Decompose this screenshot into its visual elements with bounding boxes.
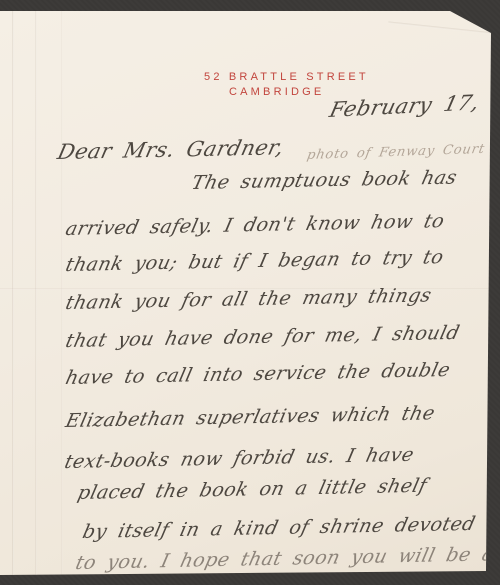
handwriting-line: The sumptuous book has xyxy=(189,166,459,194)
handwriting-line: arrived safely. I don't know how to xyxy=(63,210,446,240)
page-edge-crease xyxy=(12,11,14,576)
handwriting-line: have to call into service the double xyxy=(63,359,452,389)
corner-fold-crease xyxy=(388,21,496,34)
page-edge-crease xyxy=(35,11,37,576)
handwriting-line: to you. I hope that soon you will be abl… xyxy=(73,543,500,574)
salutation: Dear Mrs. Gardner, xyxy=(55,135,286,164)
letter-paper: 52 BRATTLE STREET CAMBRIDGE February 17,… xyxy=(0,11,492,576)
handwriting-line: by itself in a kind of shrine devoted xyxy=(80,513,477,543)
letter-photo: 52 BRATTLE STREET CAMBRIDGE February 17,… xyxy=(0,0,500,585)
handwriting-line: that you have done for me, I should xyxy=(63,322,461,352)
handwritten-date: February 17, 1923 xyxy=(327,87,500,122)
pencil-annotation: photo of Fenway Court xyxy=(306,142,486,163)
handwriting-line: Elizabethan superlatives which the xyxy=(63,402,437,432)
page-edge-crease xyxy=(61,11,63,576)
letterhead-city: CAMBRIDGE xyxy=(229,86,324,98)
handwriting-line: placed the book on a little shelf xyxy=(75,475,429,504)
handwriting-line: thank you; but if I began to try to xyxy=(63,246,445,276)
handwriting-line: thank you for all the many things xyxy=(63,284,433,314)
handwriting-line: text-books now forbid us. I have xyxy=(62,444,416,473)
letterhead-address: 52 BRATTLE STREET xyxy=(204,71,369,83)
